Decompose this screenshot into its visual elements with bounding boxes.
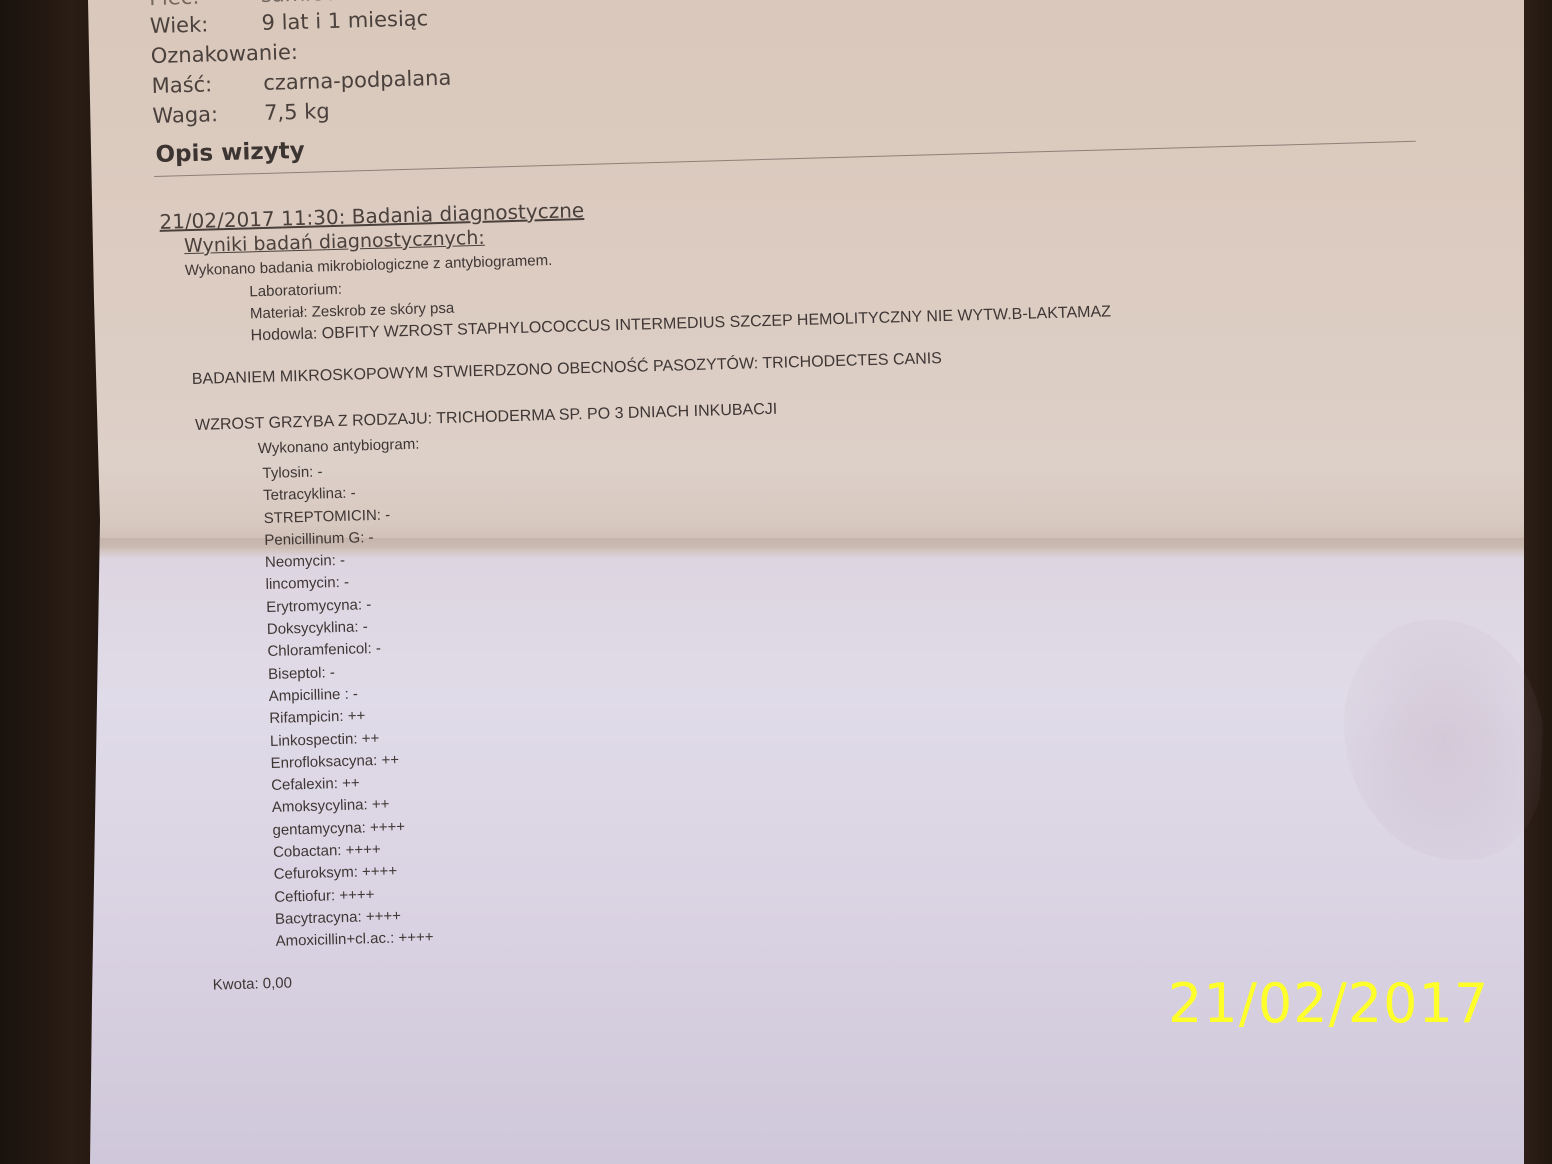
sensitivity-result: - <box>344 574 349 591</box>
antibiotic-name: Amoksycylina <box>272 797 364 817</box>
antibiogram-heading: Wykonano antybiogram: <box>258 436 420 458</box>
sensitivity-result: - <box>340 552 345 569</box>
patient-field-weight: Waga: 7,5 kg <box>152 99 330 128</box>
antibiotic-name: Neomycin <box>265 552 332 571</box>
sensitivity-result: ++ <box>347 708 365 725</box>
antibiotic-name: Chloramfenicol <box>267 641 367 661</box>
amount: Kwota: 0,00 <box>213 974 293 993</box>
fungus-result: WZROST GRZYBA Z RODZAJU: TRICHODERMA SP.… <box>195 401 778 435</box>
sensitivity-result: ++++ <box>370 818 406 836</box>
antibiotic-name: Cefuroksym <box>273 864 353 883</box>
sensitivity-result: ++++ <box>398 929 434 947</box>
field-value: 7,5 kg <box>264 99 330 125</box>
field-label: Płeć: <box>149 0 255 10</box>
sensitivity-result: ++++ <box>339 886 375 904</box>
microscopy-result: BADANIEM MIKROSKOPOWYM STWIERDZONO OBECN… <box>192 350 943 389</box>
antibiotic-name: Rifampicin <box>269 708 339 727</box>
antibiogram-list: Tylosin: -Tetracyklina: -STREPTOMICIN: -… <box>262 459 434 954</box>
antibiotic-name: STREPTOMICIN <box>264 507 378 527</box>
material: Materiał: Zeskrob ze skóry psa <box>250 300 455 323</box>
antibiotic-name: Linkospectin <box>270 730 354 749</box>
patient-field-age: Wiek: 9 lat i 1 miesiąc <box>150 6 429 38</box>
antibiotic-name: Tetracyklina <box>263 485 343 504</box>
laboratory: Laboratorium: <box>249 281 342 301</box>
field-value: samiec <box>260 0 335 7</box>
antibiotic-name: Biseptol <box>268 664 322 682</box>
patient-field-coat: Maść: czarna-podpalana <box>151 66 451 98</box>
antibiotic-name: Enrofloksacyna <box>270 752 373 772</box>
sensitivity-result: - <box>376 640 381 657</box>
sensitivity-result: ++ <box>361 729 379 746</box>
sensitivity-result: - <box>330 664 335 681</box>
antibiotic-name: Cobactan <box>273 842 338 861</box>
sensitivity-result: ++ <box>381 751 399 768</box>
sensitivity-result: - <box>350 485 355 502</box>
field-label: Oznakowanie: <box>150 40 298 68</box>
visit-entry-heading: 21/02/2017 11:30: Badania diagnostyczne <box>159 198 584 234</box>
amount-value: 0,00 <box>263 974 293 992</box>
antibiotic-name: Ampicilline <box>268 686 344 705</box>
antibiotic-name: Penicillinum G <box>264 529 360 549</box>
sensitivity-result: ++++ <box>362 863 398 881</box>
antibiotic-name: Cefalexin <box>271 775 334 794</box>
sensitivity-result: ++++ <box>366 907 402 925</box>
antibiotic-name: Doksycyklina <box>267 619 355 638</box>
sensitivity-result: - <box>385 506 390 523</box>
sensitivity-result: - <box>353 685 358 702</box>
field-value: 9 lat i 1 miesiąc <box>261 6 428 35</box>
field-value: czarna-podpalana <box>263 66 452 95</box>
sensitivity-result: ++ <box>342 775 360 792</box>
section-title: Opis wizyty <box>155 138 305 168</box>
sensitivity-result: - <box>317 463 322 480</box>
patient-field-marking: Oznakowanie: <box>150 40 298 68</box>
antibiotic-name: Erytromycyna <box>266 596 358 616</box>
sensitivity-result: - <box>362 618 367 635</box>
section-divider <box>154 141 1416 177</box>
sensitivity-result: ++ <box>372 796 390 813</box>
antibiotic-name: Bacytracyna <box>275 909 358 928</box>
tests-performed: Wykonano badania mikrobiologiczne z anty… <box>185 252 553 279</box>
antibiotic-name: Ceftiofur <box>274 887 331 906</box>
sensitivity-result: - <box>368 529 373 546</box>
antibiotic-name: lincomycin <box>265 575 335 594</box>
field-label: Waga: <box>152 101 258 128</box>
patient-field-sex: Płeć: samiec <box>149 0 336 10</box>
sensitivity-result: ++++ <box>345 841 381 859</box>
field-label: Wiek: <box>150 11 256 38</box>
antibiotic-name: Tylosin <box>262 464 309 482</box>
camera-date-stamp: 21/02/2017 <box>1168 972 1489 1035</box>
amount-label: Kwota: <box>213 975 259 993</box>
antibiogram-row: Amoxicillin+cl.ac.: ++++ <box>275 927 434 954</box>
antibiotic-name: Amoxicillin+cl.ac. <box>275 930 390 950</box>
field-label: Maść: <box>151 71 257 98</box>
antibiotic-name: gentamycyna <box>272 819 362 838</box>
sensitivity-result: - <box>366 596 371 613</box>
